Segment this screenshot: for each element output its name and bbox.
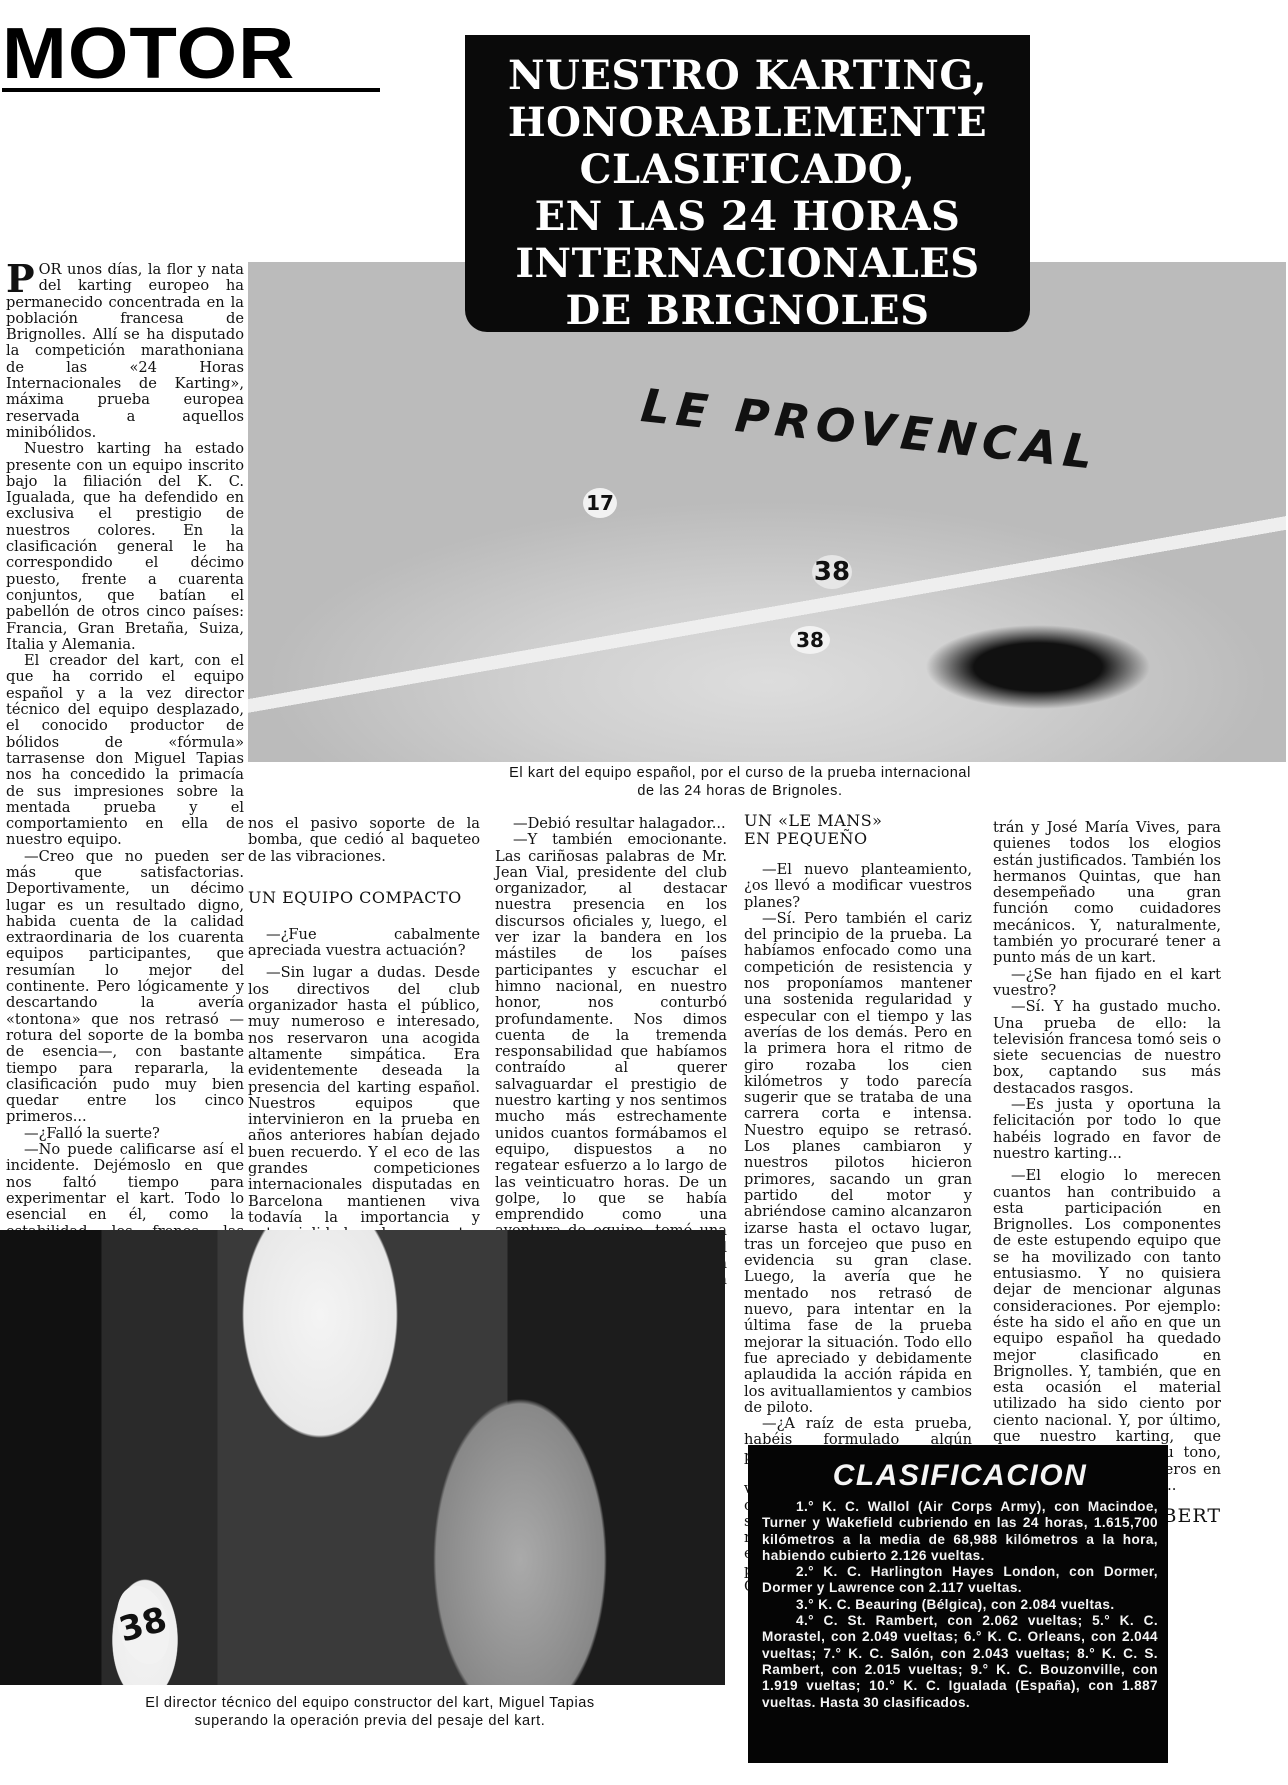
paragraph: —¿Se han fijado en el kart vuestro?: [993, 967, 1221, 1000]
driver-number-38: 38: [812, 555, 852, 589]
paragraph: —Sí. Pero también el cariz del principio…: [744, 911, 972, 1416]
paragraph: Nuestro karting ha estado presente con u…: [6, 441, 244, 653]
caption-line: superando la operación previa del pesaje…: [60, 1712, 680, 1730]
paragraph: —¿Falló la suerte?: [6, 1126, 244, 1142]
caption-line: de las 24 horas de Brignoles.: [440, 782, 1040, 800]
caption-line: El kart del equipo español, por el curso…: [440, 764, 1040, 782]
paragraph: —Sin lugar a dudas. Desde los directivos…: [248, 965, 480, 1275]
headline-line: DE BRIGNOLES: [465, 287, 1030, 334]
headline-line: INTERNACIONALES: [465, 240, 1030, 287]
weighing-photo: [0, 1230, 725, 1685]
caption-line: El director técnico del equipo construct…: [60, 1694, 680, 1712]
clasificacion-entry: 1.° K. C. Wallol (Air Corps Army), con M…: [762, 1499, 1158, 1564]
clasificacion-entry: 4.° C. St. Rambert, con 2.062 vueltas; 5…: [762, 1613, 1158, 1711]
weighing-photo-caption: El director técnico del equipo construct…: [60, 1694, 680, 1730]
paragraph: —Es justa y oportuna la felicitación por…: [993, 1097, 1221, 1162]
paragraph: trán y José María Vives, para quienes to…: [993, 820, 1221, 967]
paragraph: nos el pasivo soporte de la bomba, que c…: [248, 816, 480, 865]
paragraph: —¿Fue cabalmente apreciada vuestra actua…: [248, 927, 480, 960]
clasificacion-box: CLASIFICACION 1.° K. C. Wallol (Air Corp…: [748, 1445, 1168, 1763]
subheading: UN EQUIPO COMPACTO: [248, 889, 480, 907]
paragraph: —Debió resultar halagador...: [495, 816, 727, 832]
headline-line: CLASIFICADO,: [465, 146, 1030, 193]
headline-line: NUESTRO KARTING,: [465, 52, 1030, 99]
clasificacion-title: CLASIFICACION: [762, 1459, 1158, 1493]
article-column-2: nos el pasivo soporte de la bomba, que c…: [248, 816, 480, 1275]
drop-cap: P: [6, 264, 35, 294]
race-photo: [248, 262, 1286, 762]
clasificacion-entry: 2.° K. C. Harlington Hayes London, con D…: [762, 1564, 1158, 1597]
paragraph: —El nuevo planteamiento, ¿os llevó a mod…: [744, 862, 972, 911]
paragraph: El creador del kart, con el que ha corri…: [6, 653, 244, 849]
paragraph: —Creo que no pueden ser más que satisfac…: [6, 849, 244, 1126]
paragraph: —Sí. Y ha gustado mucho. Una prueba de e…: [993, 999, 1221, 1097]
subheading: UN «LE MANS» EN PEQUEÑO: [744, 812, 972, 848]
article-column-5: trán y José María Vives, para quienes to…: [993, 820, 1221, 1524]
lead-paragraph: POR unos días, la flor y nata del kartin…: [6, 262, 244, 441]
headline-box: NUESTRO KARTING, HONORABLEMENTE CLASIFIC…: [465, 35, 1030, 332]
headline-line: HONORABLEMENTE: [465, 99, 1030, 146]
kart-number-38: 38: [790, 626, 830, 654]
headline-line: EN LAS 24 HORAS: [465, 193, 1030, 240]
clasificacion-entry: 3.° K. C. Beauring (Bélgica), con 2.084 …: [762, 1597, 1158, 1613]
race-photo-caption: El kart del equipo español, por el curso…: [440, 764, 1040, 800]
kart-number-17: 17: [583, 488, 617, 518]
section-title: MOTOR: [2, 22, 380, 92]
